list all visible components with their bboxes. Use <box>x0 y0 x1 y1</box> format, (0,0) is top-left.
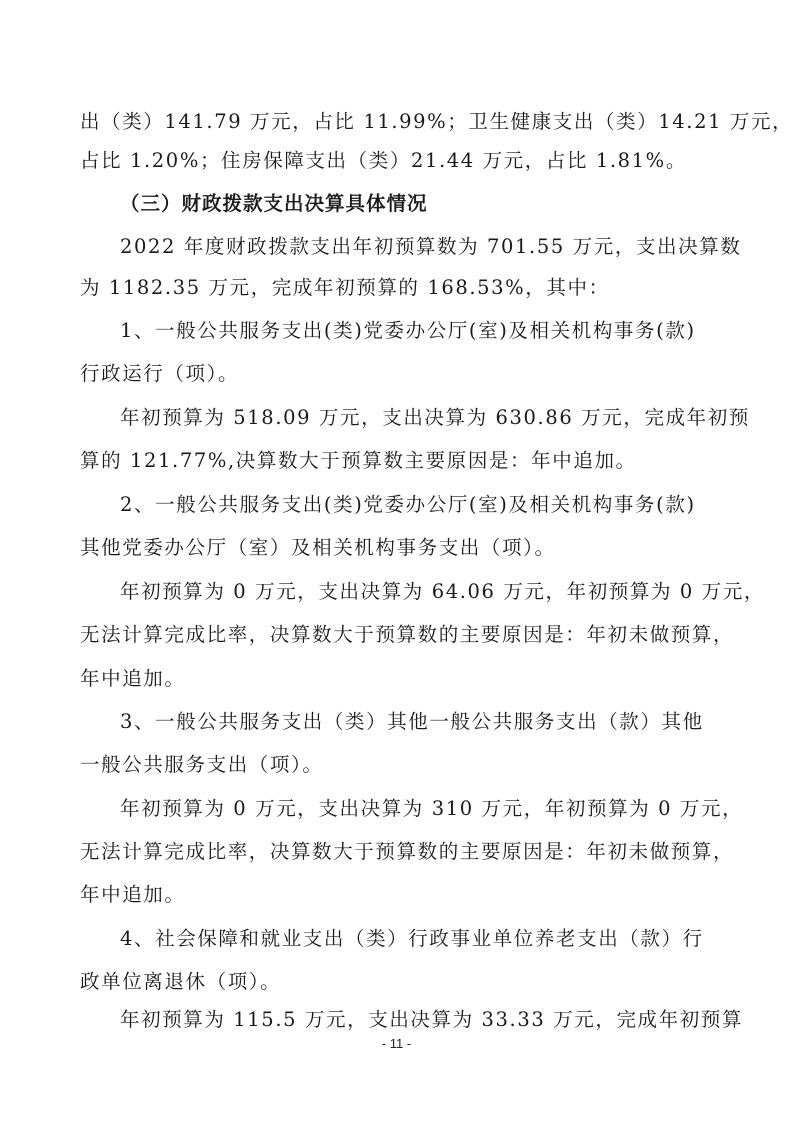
item-3-title: 3、一般公共服务支出（类）其他一般公共服务支出（款）其他 <box>120 708 720 736</box>
section-heading: （三）财政拨款支出决算具体情况 <box>120 190 720 218</box>
body-text-line: 占比 1.20%；住房保障支出（类）21.44 万元，占比 1.81%。 <box>80 147 720 175</box>
item-2-title: 2、一般公共服务支出(类)党委办公厅(室)及相关机构事务(款) <box>120 491 720 519</box>
item-3-detail: 年初预算为 0 万元，支出决算为 310 万元，年初预算为 0 万元， <box>120 795 720 823</box>
item-2-detail: 年初预算为 0 万元，支出决算为 64.06 万元，年初预算为 0 万元， <box>120 578 720 606</box>
item-1-title: 行政运行（项）。 <box>80 360 720 388</box>
item-2-detail: 无法计算完成比率，决算数大于预算数的主要原因是：年初未做预算， <box>80 621 720 649</box>
page-number: - 11 - <box>0 1036 793 1051</box>
item-2-detail: 年中追加。 <box>80 665 720 693</box>
item-4-detail: 年初预算为 115.5 万元，支出决算为 33.33 万元，完成年初预算 <box>120 1006 720 1034</box>
item-1-detail: 年初预算为 518.09 万元，支出决算为 630.86 万元，完成年初预 <box>120 404 720 432</box>
item-3-detail: 年中追加。 <box>80 881 720 909</box>
item-2-title: 其他党委办公厅（室）及相关机构事务支出（项）。 <box>80 534 720 562</box>
item-1-title: 1、一般公共服务支出(类)党委办公厅(室)及相关机构事务(款) <box>120 317 720 345</box>
body-text-line: 出（类）141.79 万元，占比 11.99%；卫生健康支出（类）14.21 万… <box>80 108 720 136</box>
paragraph-line: 为 1182.35 万元，完成年初预算的 168.53%，其中： <box>80 274 720 302</box>
paragraph-line: 2022 年度财政拨款支出年初预算数为 701.55 万元，支出决算数 <box>120 233 720 261</box>
item-3-detail: 无法计算完成比率，决算数大于预算数的主要原因是：年初未做预算， <box>80 838 720 866</box>
item-4-title: 政单位离退休（项）。 <box>80 968 720 996</box>
item-4-title: 4、社会保障和就业支出（类）行政事业单位养老支出（款）行 <box>120 925 720 953</box>
item-3-title: 一般公共服务支出（项）。 <box>80 751 720 779</box>
item-1-detail: 算的 121.77%,决算数大于预算数主要原因是：年中追加。 <box>80 447 720 475</box>
